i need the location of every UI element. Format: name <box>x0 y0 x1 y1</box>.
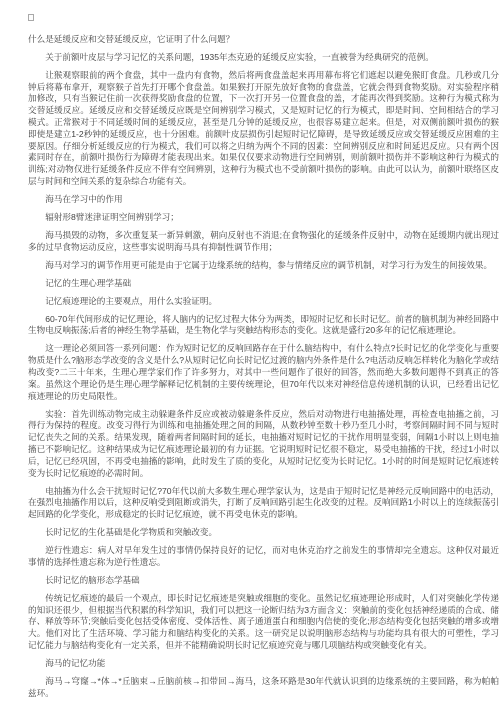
article-body: 关于前额叶皮层与学习记忆的关系问题，1935年杰克逊的延缓反应实验，一直被誉为经… <box>28 52 499 700</box>
paragraph: 传统记忆痕迹的最后一个观点，即长时记忆痕迹是突触或细胞的变化。虽然记忆痕迹理论形… <box>28 593 499 652</box>
section-heading: 长时记忆的脑形态学基础 <box>28 575 499 587</box>
page-title: 什么是延缓反应和交替延缓反应，它证明了什么问题？ <box>28 34 499 46</box>
paragraph: 这一理论必须回答一系列问题：作为短时记忆的反响回路存在于什么脑结构中，有什么特点… <box>28 343 499 402</box>
paragraph: 辐射形8臂迷津证明空间辨别学习； <box>28 212 499 224</box>
stray-marker <box>28 14 34 21</box>
marker-row <box>28 14 499 26</box>
paragraph: 关于前额叶皮层与学习记忆的关系问题，1935年杰克逊的延缓反应实验，一直被誉为经… <box>28 52 499 64</box>
paragraph: 长时记忆的生化基础是化学物质和突触改变。 <box>28 527 499 539</box>
section-heading: 海马的记忆功能 <box>28 658 499 670</box>
paragraph: 海马损毁的动物，多次重复某一新异刺激，朝向反射也不消退;在食物强化的延缓条件反射… <box>28 230 499 254</box>
paragraph: 逆行性遗忘：病人对早年发生过的事情仍保持良好的记忆，而对电休克治疗之前发生的事情… <box>28 545 499 569</box>
paragraph: 让猴观察眼前的两个食盘，其中一盘内有食物，然后将两食盘盖起来再用幕布将它们遮起以… <box>28 70 499 188</box>
document-page: 什么是延缓反应和交替延缓反应，它证明了什么问题？ 关于前额叶皮层与学习记忆的关系… <box>0 0 504 700</box>
paragraph: 60-70年代间形成的记忆理论，将人脑内的记忆过程大体分为两类，即短时记忆和长时… <box>28 314 499 338</box>
paragraph: 实验：首先训练动物完成主动躲避条件反应或被动躲避条件反应，然后对动物进行电抽搐处… <box>28 409 499 480</box>
section-heading: 海马在学习中的作用 <box>28 194 499 206</box>
paragraph: 海马对学习的调节作用更可能是由于它属于边缘系统的结构，参与情绪反应的调节机制，对… <box>28 260 499 272</box>
paragraph: 记忆痕迹理论的主要观点，用什么实验证明。 <box>28 296 499 308</box>
paragraph: 电抽搐为什么会干扰短时记忆?70年代以前大多数生理心理学家认为，这是由于短时记忆… <box>28 486 499 521</box>
section-heading: 记忆的生理心理学基础 <box>28 278 499 290</box>
paragraph: 海马→穹窿→*体→*丘脑束→丘脑前核→扣带回→海马，这条环路是30年代就认识到的… <box>28 676 499 700</box>
